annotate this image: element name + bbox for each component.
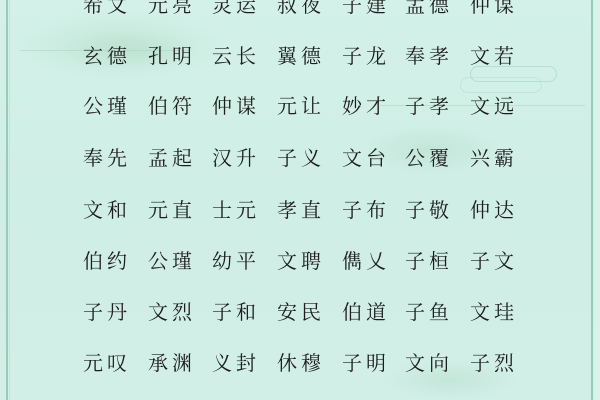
name-cell: 仲达 xyxy=(470,195,518,225)
name-cell: 子桓 xyxy=(405,246,453,276)
name-cell: 孝直 xyxy=(277,195,325,225)
name-cell: 文和 xyxy=(83,195,131,225)
name-cell: 子布 xyxy=(342,195,390,225)
name-cell: 文若 xyxy=(470,41,518,71)
name-cell: 玄德 xyxy=(83,41,131,71)
table-row: 玄德 孔明 云长 翼德 子龙 奉孝 文若 xyxy=(0,41,600,71)
table-row: 文和 元直 士元 孝直 子布 子敬 仲达 xyxy=(0,195,600,225)
name-cell: 叔夜 xyxy=(277,0,325,20)
table-row: 元叹 承渊 义封 休穆 子明 文向 子烈 xyxy=(0,348,600,378)
name-cell: 文向 xyxy=(405,348,453,378)
name-cell: 希文 xyxy=(83,0,131,20)
name-cell: 孟德 xyxy=(405,0,453,20)
table-row: 公瑾 伯符 仲谋 元让 妙才 子孝 文远 xyxy=(0,91,600,121)
name-cell: 子义 xyxy=(277,143,325,173)
name-cell: 元亮 xyxy=(148,0,196,20)
name-cell: 文远 xyxy=(470,91,518,121)
name-cell: 伯道 xyxy=(342,297,390,327)
name-cell: 休穆 xyxy=(277,348,325,378)
name-cell: 文聘 xyxy=(277,246,325,276)
name-cell: 子烈 xyxy=(470,348,518,378)
name-cell: 奉孝 xyxy=(405,41,453,71)
name-cell: 子敬 xyxy=(405,195,453,225)
names-table: 希文 元亮 灵运 叔夜 子建 孟德 仲谋 玄德 孔明 云长 翼德 子龙 奉孝 文… xyxy=(0,0,600,400)
name-cell: 伯约 xyxy=(83,246,131,276)
name-cell: 义封 xyxy=(212,348,260,378)
name-cell: 汉升 xyxy=(212,143,260,173)
name-cell: 奉先 xyxy=(83,143,131,173)
table-row: 伯约 公瑾 幼平 文聘 儁乂 子桓 子文 xyxy=(0,246,600,276)
name-cell: 子建 xyxy=(342,0,390,20)
name-cell: 公覆 xyxy=(405,143,453,173)
table-row: 希文 元亮 灵运 叔夜 子建 孟德 仲谋 xyxy=(0,0,600,20)
name-cell: 元直 xyxy=(148,195,196,225)
name-cell: 子和 xyxy=(212,297,260,327)
table-row: 子丹 文烈 子和 安民 伯道 子鱼 文珪 xyxy=(0,297,600,327)
name-cell: 子鱼 xyxy=(405,297,453,327)
name-cell: 公瑾 xyxy=(83,91,131,121)
table-row: 奉先 孟起 汉升 子义 文台 公覆 兴霸 xyxy=(0,143,600,173)
name-cell: 文台 xyxy=(342,143,390,173)
name-cell: 子文 xyxy=(470,246,518,276)
name-cell: 子孝 xyxy=(405,91,453,121)
name-cell: 承渊 xyxy=(148,348,196,378)
name-cell: 士元 xyxy=(212,195,260,225)
name-cell: 仲谋 xyxy=(470,0,518,20)
name-cell: 幼平 xyxy=(212,246,260,276)
name-cell: 元叹 xyxy=(83,348,131,378)
name-cell: 元让 xyxy=(277,91,325,121)
name-cell: 灵运 xyxy=(212,0,260,20)
name-cell: 文烈 xyxy=(148,297,196,327)
name-cell: 翼德 xyxy=(277,41,325,71)
name-cell: 孔明 xyxy=(148,41,196,71)
name-cell: 安民 xyxy=(277,297,325,327)
name-cell: 公瑾 xyxy=(148,246,196,276)
name-cell: 仲谋 xyxy=(212,91,260,121)
name-cell: 文珪 xyxy=(470,297,518,327)
name-cell: 云长 xyxy=(212,41,260,71)
name-cell: 孟起 xyxy=(148,143,196,173)
name-cell: 子龙 xyxy=(342,41,390,71)
name-cell: 子明 xyxy=(342,348,390,378)
name-cell: 兴霸 xyxy=(470,143,518,173)
name-cell: 子丹 xyxy=(83,297,131,327)
name-cell: 儁乂 xyxy=(342,246,390,276)
name-cell: 伯符 xyxy=(148,91,196,121)
name-cell: 妙才 xyxy=(342,91,390,121)
